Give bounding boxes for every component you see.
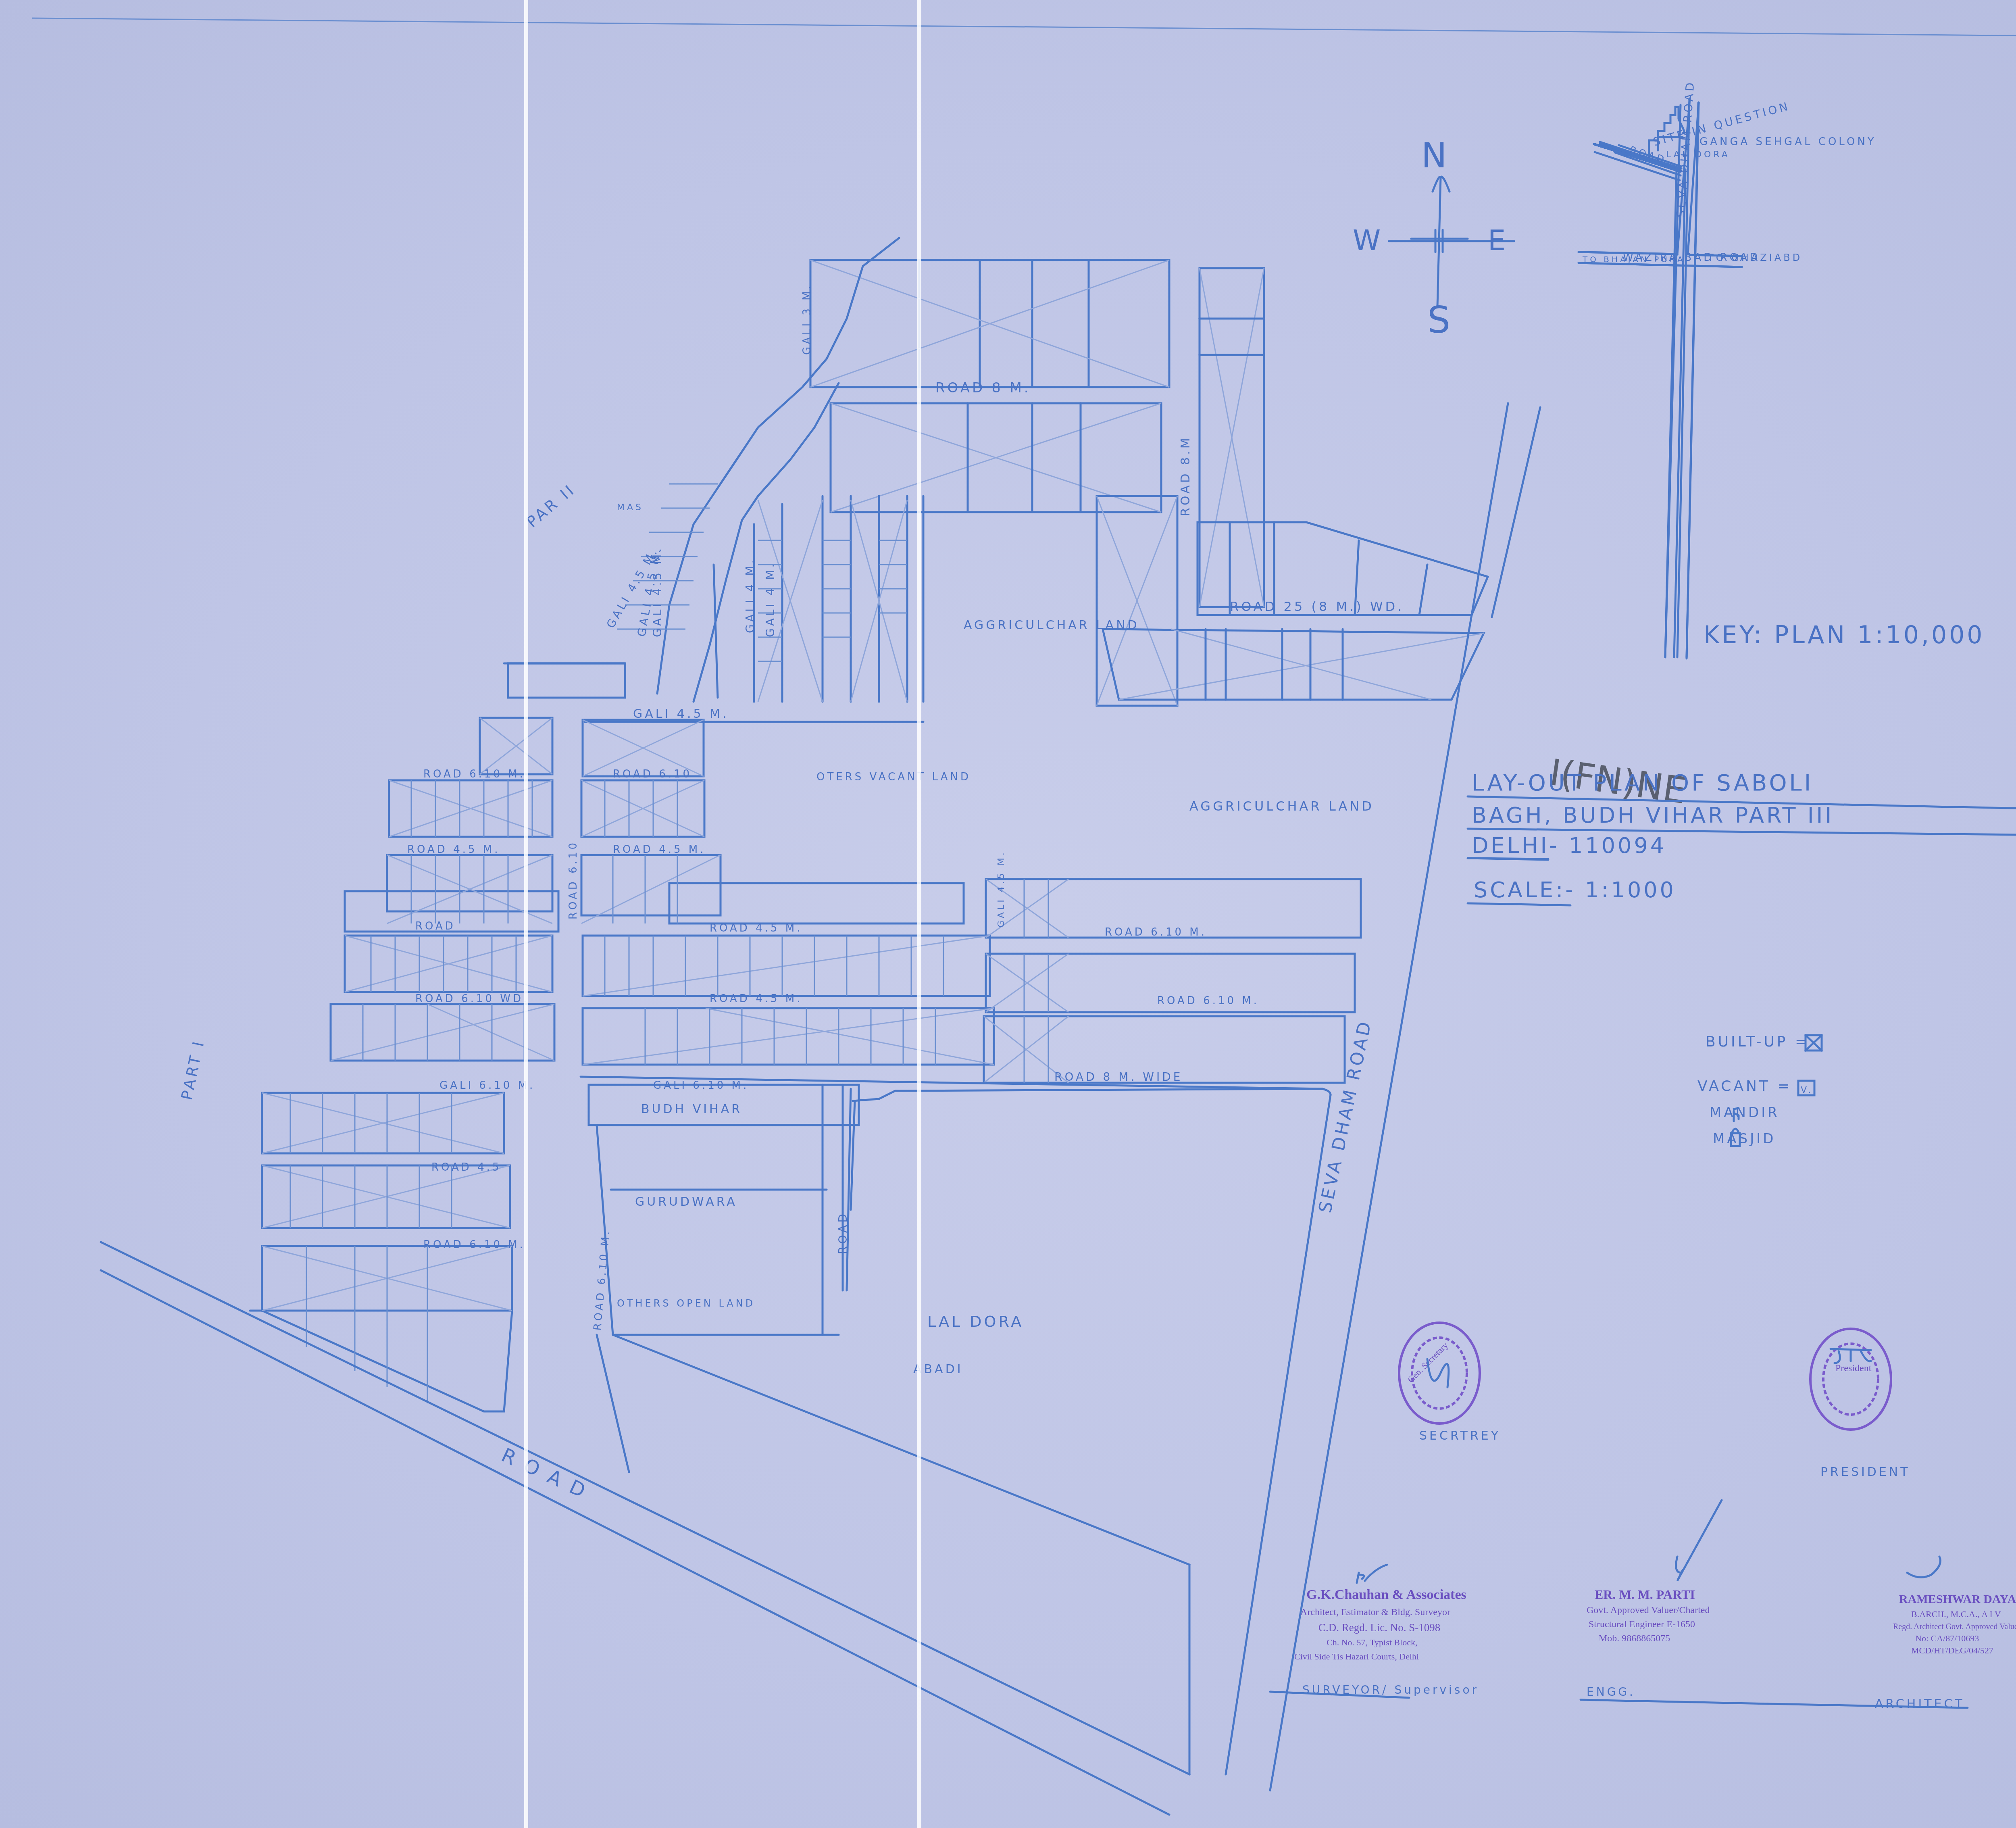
blueprint-sheet: N W E S (0, 0, 2016, 1828)
svg-text:LAL DORA: LAL DORA (927, 1313, 1024, 1330)
svg-text:ER. M. M. PARTI: ER. M. M. PARTI (1595, 1587, 1695, 1602)
paper-fold-line (917, 0, 921, 1828)
main-layout-drawing: PAR II PART I ROAD 8 M. ROAD 8.M GALI 3 … (0, 0, 2016, 1828)
svg-text:VACANT =: VACANT = (1697, 1078, 1792, 1094)
svg-text:GALI 6.10 M.: GALI 6.10 M. (439, 1080, 535, 1092)
svg-text:GALI 4 M.: GALI 4 M. (744, 558, 757, 633)
svg-text:ENGG.: ENGG. (1587, 1685, 1635, 1699)
svg-text:DELHI- 110094: DELHI- 110094 (1472, 833, 1666, 858)
title-block: I(FN)NE LAY-OUT PLAN OF SABOLI BAGH, BUD… (1468, 751, 2016, 905)
svg-text:R O A D: R O A D (498, 1444, 591, 1503)
svg-text:ROAD 6.10 M.: ROAD 6.10 M. (1105, 926, 1207, 938)
svg-text:ROAD 6.10 M.: ROAD 6.10 M. (1157, 995, 1259, 1007)
svg-text:MCD/HT/DEG/04/527: MCD/HT/DEG/04/527 (1911, 1645, 1993, 1655)
svg-text:Civil Side Tis Hazari Courts,: Civil Side Tis Hazari Courts, Delhi (1294, 1651, 1419, 1661)
svg-text:AGGRICULCHAR LAND: AGGRICULCHAR LAND (1189, 798, 1374, 814)
svg-text:MASJID: MASJID (1713, 1131, 1776, 1147)
svg-text:Ch. No. 57, Typist Block,: Ch. No. 57, Typist Block, (1327, 1637, 1417, 1647)
svg-text:ROAD 6.10 M.: ROAD 6.10 M. (423, 1239, 525, 1251)
svg-text:ROAD 4.5 M.: ROAD 4.5 M. (710, 993, 802, 1005)
svg-text:ARCHITECT: ARCHITECT (1875, 1697, 1965, 1711)
svg-text:ROAD: ROAD (836, 1211, 850, 1254)
svg-text:Mob. 9868865075: Mob. 9868865075 (1599, 1633, 1670, 1644)
svg-text:OTHERS OPEN LAND: OTHERS OPEN LAND (617, 1298, 755, 1309)
svg-text:ROAD 8 M. WIDE: ROAD 8 M. WIDE (1054, 1070, 1183, 1084)
svg-text:ROAD 6.10 M.: ROAD 6.10 M. (423, 768, 525, 780)
svg-text:ROAD 8 M.: ROAD 8 M. (935, 380, 1031, 396)
svg-text:PRESIDENT: PRESIDENT (1820, 1465, 1910, 1479)
svg-text:OTERS VACANT LAND: OTERS VACANT LAND (816, 771, 971, 783)
svg-text:ROAD 8.M: ROAD 8.M (1179, 436, 1193, 516)
svg-text:GALI 4.5 M.: GALI 4.5 M. (633, 707, 729, 721)
signatory-engineer: ER. M. M. PARTI Govt. Approved Valuer/Ch… (1581, 1500, 1768, 1704)
svg-text:ROAD 4.5 M.: ROAD 4.5 M. (407, 844, 500, 856)
svg-text:GALI 6.10 M.: GALI 6.10 M. (653, 1080, 749, 1092)
svg-text:BAGH, BUDH VIHAR PART III: BAGH, BUDH VIHAR PART III (1472, 802, 1834, 828)
svg-text:President: President (1835, 1363, 1872, 1374)
svg-text:C.D. Regd. Lic. No. S-1098: C.D. Regd. Lic. No. S-1098 (1318, 1622, 1440, 1634)
svg-text:ROAD 4.5 M.: ROAD 4.5 M. (613, 844, 706, 856)
svg-text:ROAD 6.10: ROAD 6.10 (613, 768, 692, 780)
svg-text:SCALE:- 1:1000: SCALE:- 1:1000 (1474, 877, 1676, 903)
svg-text:No: CA/87/10693: No: CA/87/10693 (1915, 1633, 1979, 1643)
svg-text:ROAD 6.10: ROAD 6.10 (567, 840, 579, 919)
svg-text:Structural Engineer E-1650: Structural Engineer E-1650 (1589, 1619, 1695, 1630)
svg-text:Govt. Approved Valuer/Charted: Govt. Approved Valuer/Charted (1587, 1605, 1710, 1615)
vacant-symbol-icon: V. (1798, 1081, 1814, 1095)
paper-fold-line (524, 0, 528, 1828)
svg-text:PART I: PART I (178, 1038, 208, 1101)
svg-text:ROAD: ROAD (415, 920, 456, 932)
svg-text:GURUDWARA: GURUDWARA (635, 1195, 737, 1209)
map-labels: PAR II PART I ROAD 8 M. ROAD 8.M GALI 3 … (178, 283, 1404, 1503)
svg-text:BUDH VIHAR: BUDH VIHAR (641, 1102, 742, 1116)
svg-text:ROAD 25 (8 M.) WD.: ROAD 25 (8 M.) WD. (1230, 599, 1404, 614)
svg-text:G.K.Chauhan & Associates: G.K.Chauhan & Associates (1306, 1587, 1466, 1602)
legend: BUILT-UP = VACANT = V. MANDIR MASJID (1697, 1034, 1822, 1147)
svg-text:Architect, Estimator & Bldg. S: Architect, Estimator & Bldg. Surveyor (1300, 1607, 1450, 1617)
signatory-surveyor: G.K.Chauhan & Associates Architect, Esti… (1270, 1565, 1479, 1698)
svg-text:ROAD 4.5: ROAD 4.5 (431, 1161, 502, 1174)
svg-text:B.ARCH., M.C.A., A I V: B.ARCH., M.C.A., A I V (1911, 1609, 2001, 1619)
secretary-stamp: Gen. Secretary SECRTREY (1399, 1323, 1501, 1443)
svg-text:PAR II: PAR II (523, 480, 579, 531)
president-stamp: President PRESIDENT (1810, 1329, 1910, 1479)
svg-text:GALI 3 M.: GALI 3 M. (801, 283, 813, 355)
svg-text:SECRTREY: SECRTREY (1419, 1429, 1501, 1443)
signatory-architect: RAMESHWAR DAYAL B.ARCH., M.C.A., A I V R… (1768, 1557, 2016, 1711)
svg-text:BUILT-UP =: BUILT-UP = (1706, 1034, 1810, 1050)
svg-text:AGGRICULCHAR LAND: AGGRICULCHAR LAND (964, 618, 1139, 632)
svg-text:ROAD 4.5 M.: ROAD 4.5 M. (710, 922, 802, 934)
svg-text:ROAD 6.10 WD.: ROAD 6.10 WD. (415, 993, 529, 1005)
svg-text:GALI 4.5 M.: GALI 4.5 M. (996, 850, 1006, 928)
svg-text:Regd. Architect Govt. Approved: Regd. Architect Govt. Approved Valuer (1893, 1622, 2016, 1631)
svg-text:MAS: MAS (617, 502, 644, 513)
svg-text:V.: V. (1801, 1085, 1813, 1095)
svg-text:LAY-OUT PLAN OF SABOLI: LAY-OUT PLAN OF SABOLI (1472, 770, 1813, 796)
svg-text:GALI 4 M.: GALI 4 M. (764, 562, 777, 637)
svg-text:RAMESHWAR DAYAL: RAMESHWAR DAYAL (1899, 1592, 2016, 1606)
svg-text:MANDIR: MANDIR (1710, 1105, 1780, 1121)
